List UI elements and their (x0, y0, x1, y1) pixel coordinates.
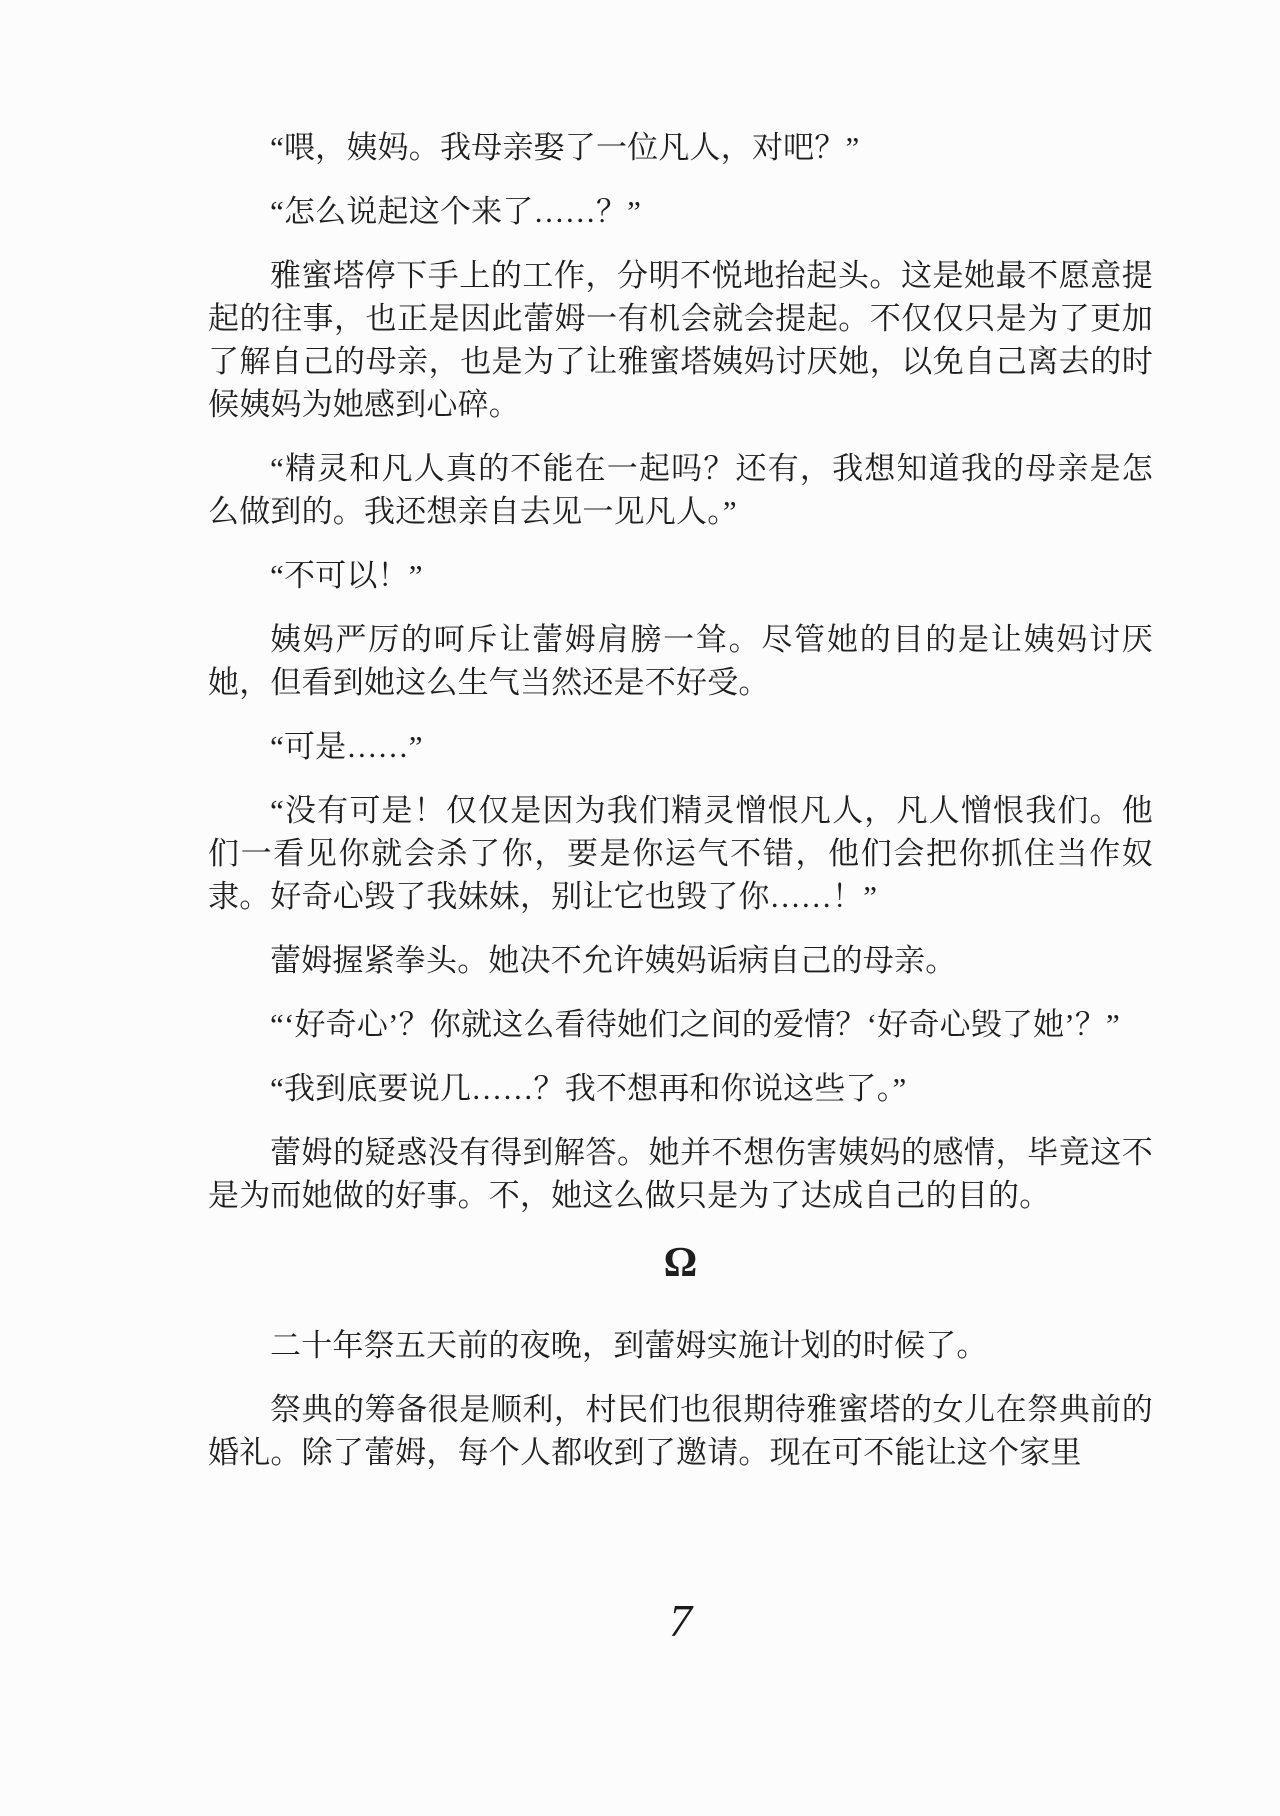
dialog-paragraph: “可是……” (208, 725, 1153, 768)
page-number: 7 (208, 1596, 1153, 1646)
dialog-paragraph: “我到底要说几……？我不想再和你说这些了。” (208, 1067, 1153, 1110)
dialog-paragraph: “精灵和凡人真的不能在一起吗？还有，我想知道我的母亲是怎么做到的。我还想亲自去见… (208, 447, 1153, 533)
narration-paragraph: 祭典的筹备很是顺利，村民们也很期待雅蜜塔的女儿在祭典前的婚礼。除了蕾姆，每个人都… (208, 1388, 1153, 1474)
narration-paragraph: 二十年祭五天前的夜晚，到蕾姆实施计划的时候了。 (208, 1324, 1153, 1367)
section-divider-omega: Ω (208, 1238, 1153, 1288)
dialog-paragraph: “‘好奇心’？你就这么看待她们之间的爱情？‘好奇心毁了她’？” (208, 1003, 1153, 1046)
narration-paragraph: 蕾姆的疑惑没有得到解答。她并不想伤害姨妈的感情，毕竟这不是为而她做的好事。不，她… (208, 1131, 1153, 1217)
dialog-paragraph: “喂，姨妈。我母亲娶了一位凡人，对吧？” (208, 126, 1153, 169)
page-text: “喂，姨妈。我母亲娶了一位凡人，对吧？”“怎么说起这个来了……？”雅蜜塔停下手上… (208, 126, 1153, 1495)
narration-paragraph: 姨妈严厉的呵斥让蕾姆肩膀一耸。尽管她的目的是让姨妈讨厌她，但看到她这么生气当然还… (208, 618, 1153, 704)
dialog-paragraph: “没有可是！仅仅是因为我们精灵憎恨凡人，凡人憎恨我们。他们一看见你就会杀了你，要… (208, 789, 1153, 918)
narration-paragraph: 蕾姆握紧拳头。她决不允许姨妈诟病自己的母亲。 (208, 939, 1153, 982)
dialog-paragraph: “怎么说起这个来了……？” (208, 190, 1153, 233)
dialog-paragraph: “不可以！” (208, 554, 1153, 597)
narration-paragraph: 雅蜜塔停下手上的工作，分明不悦地抬起头。这是她最不愿意提起的往事，也正是因此蕾姆… (208, 254, 1153, 426)
